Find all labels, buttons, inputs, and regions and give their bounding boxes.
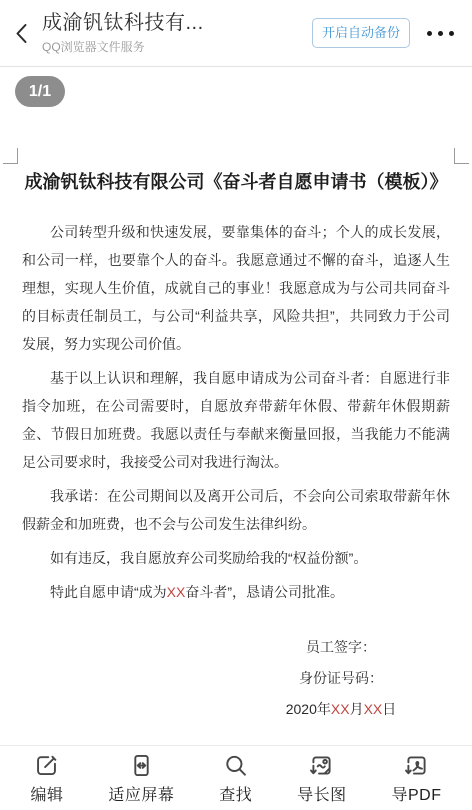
qq-browser-file-viewer: 成渝钒钛科技有... QQ浏览器文件服务 开启自动备份 1/1 成渝钒钛科技有限… [0, 0, 472, 810]
doc-paragraph: 如有违反，我自愿放弃公司奖励给我的“权益份额”。 [22, 544, 450, 572]
fit-screen-icon [128, 752, 155, 779]
top-bar: 成渝钒钛科技有... QQ浏览器文件服务 开启自动备份 [0, 0, 472, 67]
search-icon [222, 752, 249, 779]
auto-backup-button[interactable]: 开启自动备份 [312, 18, 410, 48]
id-number-label: 身份证号码： [234, 663, 448, 694]
doc-paragraph: 公司转型升级和快速发展，要靠集体的奋斗；个人的成长发展，和公司一样，也要靠个人的… [22, 218, 450, 358]
page-corner-mark-left [3, 148, 18, 164]
date-day-suffix: 日 [382, 701, 396, 717]
date-day-placeholder: XX [364, 701, 383, 717]
back-button[interactable] [4, 11, 40, 55]
date-month-placeholder: XX [331, 701, 350, 717]
date-year: 2020年 [286, 701, 331, 717]
date-line: 2020年XX月XX日 [234, 694, 448, 725]
toolbar-edit-label: 编辑 [30, 782, 63, 805]
file-title: 成渝钒钛科技有... [42, 11, 312, 35]
bottom-toolbar: 编辑 适应屏幕 查找 [0, 745, 472, 810]
service-subtitle: QQ浏览器文件服务 [42, 38, 312, 55]
signature-block: 员工签字： 身份证号码： 2020年XX月XX日 [234, 632, 448, 725]
toolbar-fit-screen-label: 适应屏幕 [108, 782, 174, 805]
page-indicator-badge: 1/1 [15, 76, 65, 107]
apply-line-post: 奋斗者”，恳请公司批准。 [185, 584, 344, 600]
toolbar-find-label: 查找 [219, 782, 252, 805]
doc-paragraph: 我承诺：在公司期间以及离开公司后，不会向公司索取带薪年休假薪金和加班费，也不会与… [22, 482, 450, 538]
file-title-group: 成渝钒钛科技有... QQ浏览器文件服务 [40, 11, 312, 55]
toolbar-export-long-image-label: 导长图 [297, 782, 347, 805]
doc-paragraph: 基于以上认识和理解，我自愿申请成为公司奋斗者：自愿进行非指令加班，在公司需要时，… [22, 364, 450, 476]
document-page: 成渝钒钛科技有限公司《奋斗者自愿申请书（模板）》 公司转型升级和快速发展，要靠集… [0, 67, 472, 725]
toolbar-export-pdf-button[interactable]: 导PDF [392, 752, 442, 805]
toolbar-fit-screen-button[interactable]: 适应屏幕 [108, 752, 174, 805]
export-long-image-icon [308, 752, 335, 779]
chevron-left-icon [10, 21, 34, 45]
signature-label: 员工签字： [234, 632, 448, 663]
date-month-suffix: 月 [350, 701, 364, 717]
toolbar-export-pdf-label: 导PDF [392, 782, 442, 805]
edit-icon [33, 752, 60, 779]
apply-line-pre: 特此自愿申请“成为 [50, 584, 167, 600]
toolbar-edit-button[interactable]: 编辑 [30, 752, 63, 805]
more-menu-icon[interactable] [425, 23, 456, 44]
apply-line-placeholder: XX [167, 584, 186, 600]
page-corner-mark-right [454, 148, 469, 164]
export-pdf-icon [403, 752, 430, 779]
doc-apply-line: 特此自愿申请“成为XX奋斗者”，恳请公司批准。 [22, 578, 450, 606]
document-viewport[interactable]: 1/1 成渝钒钛科技有限公司《奋斗者自愿申请书（模板）》 公司转型升级和快速发展… [0, 67, 472, 745]
toolbar-find-button[interactable]: 查找 [219, 752, 252, 805]
document-title: 成渝钒钛科技有限公司《奋斗者自愿申请书（模板）》 [22, 167, 450, 197]
toolbar-export-long-image-button[interactable]: 导长图 [297, 752, 347, 805]
